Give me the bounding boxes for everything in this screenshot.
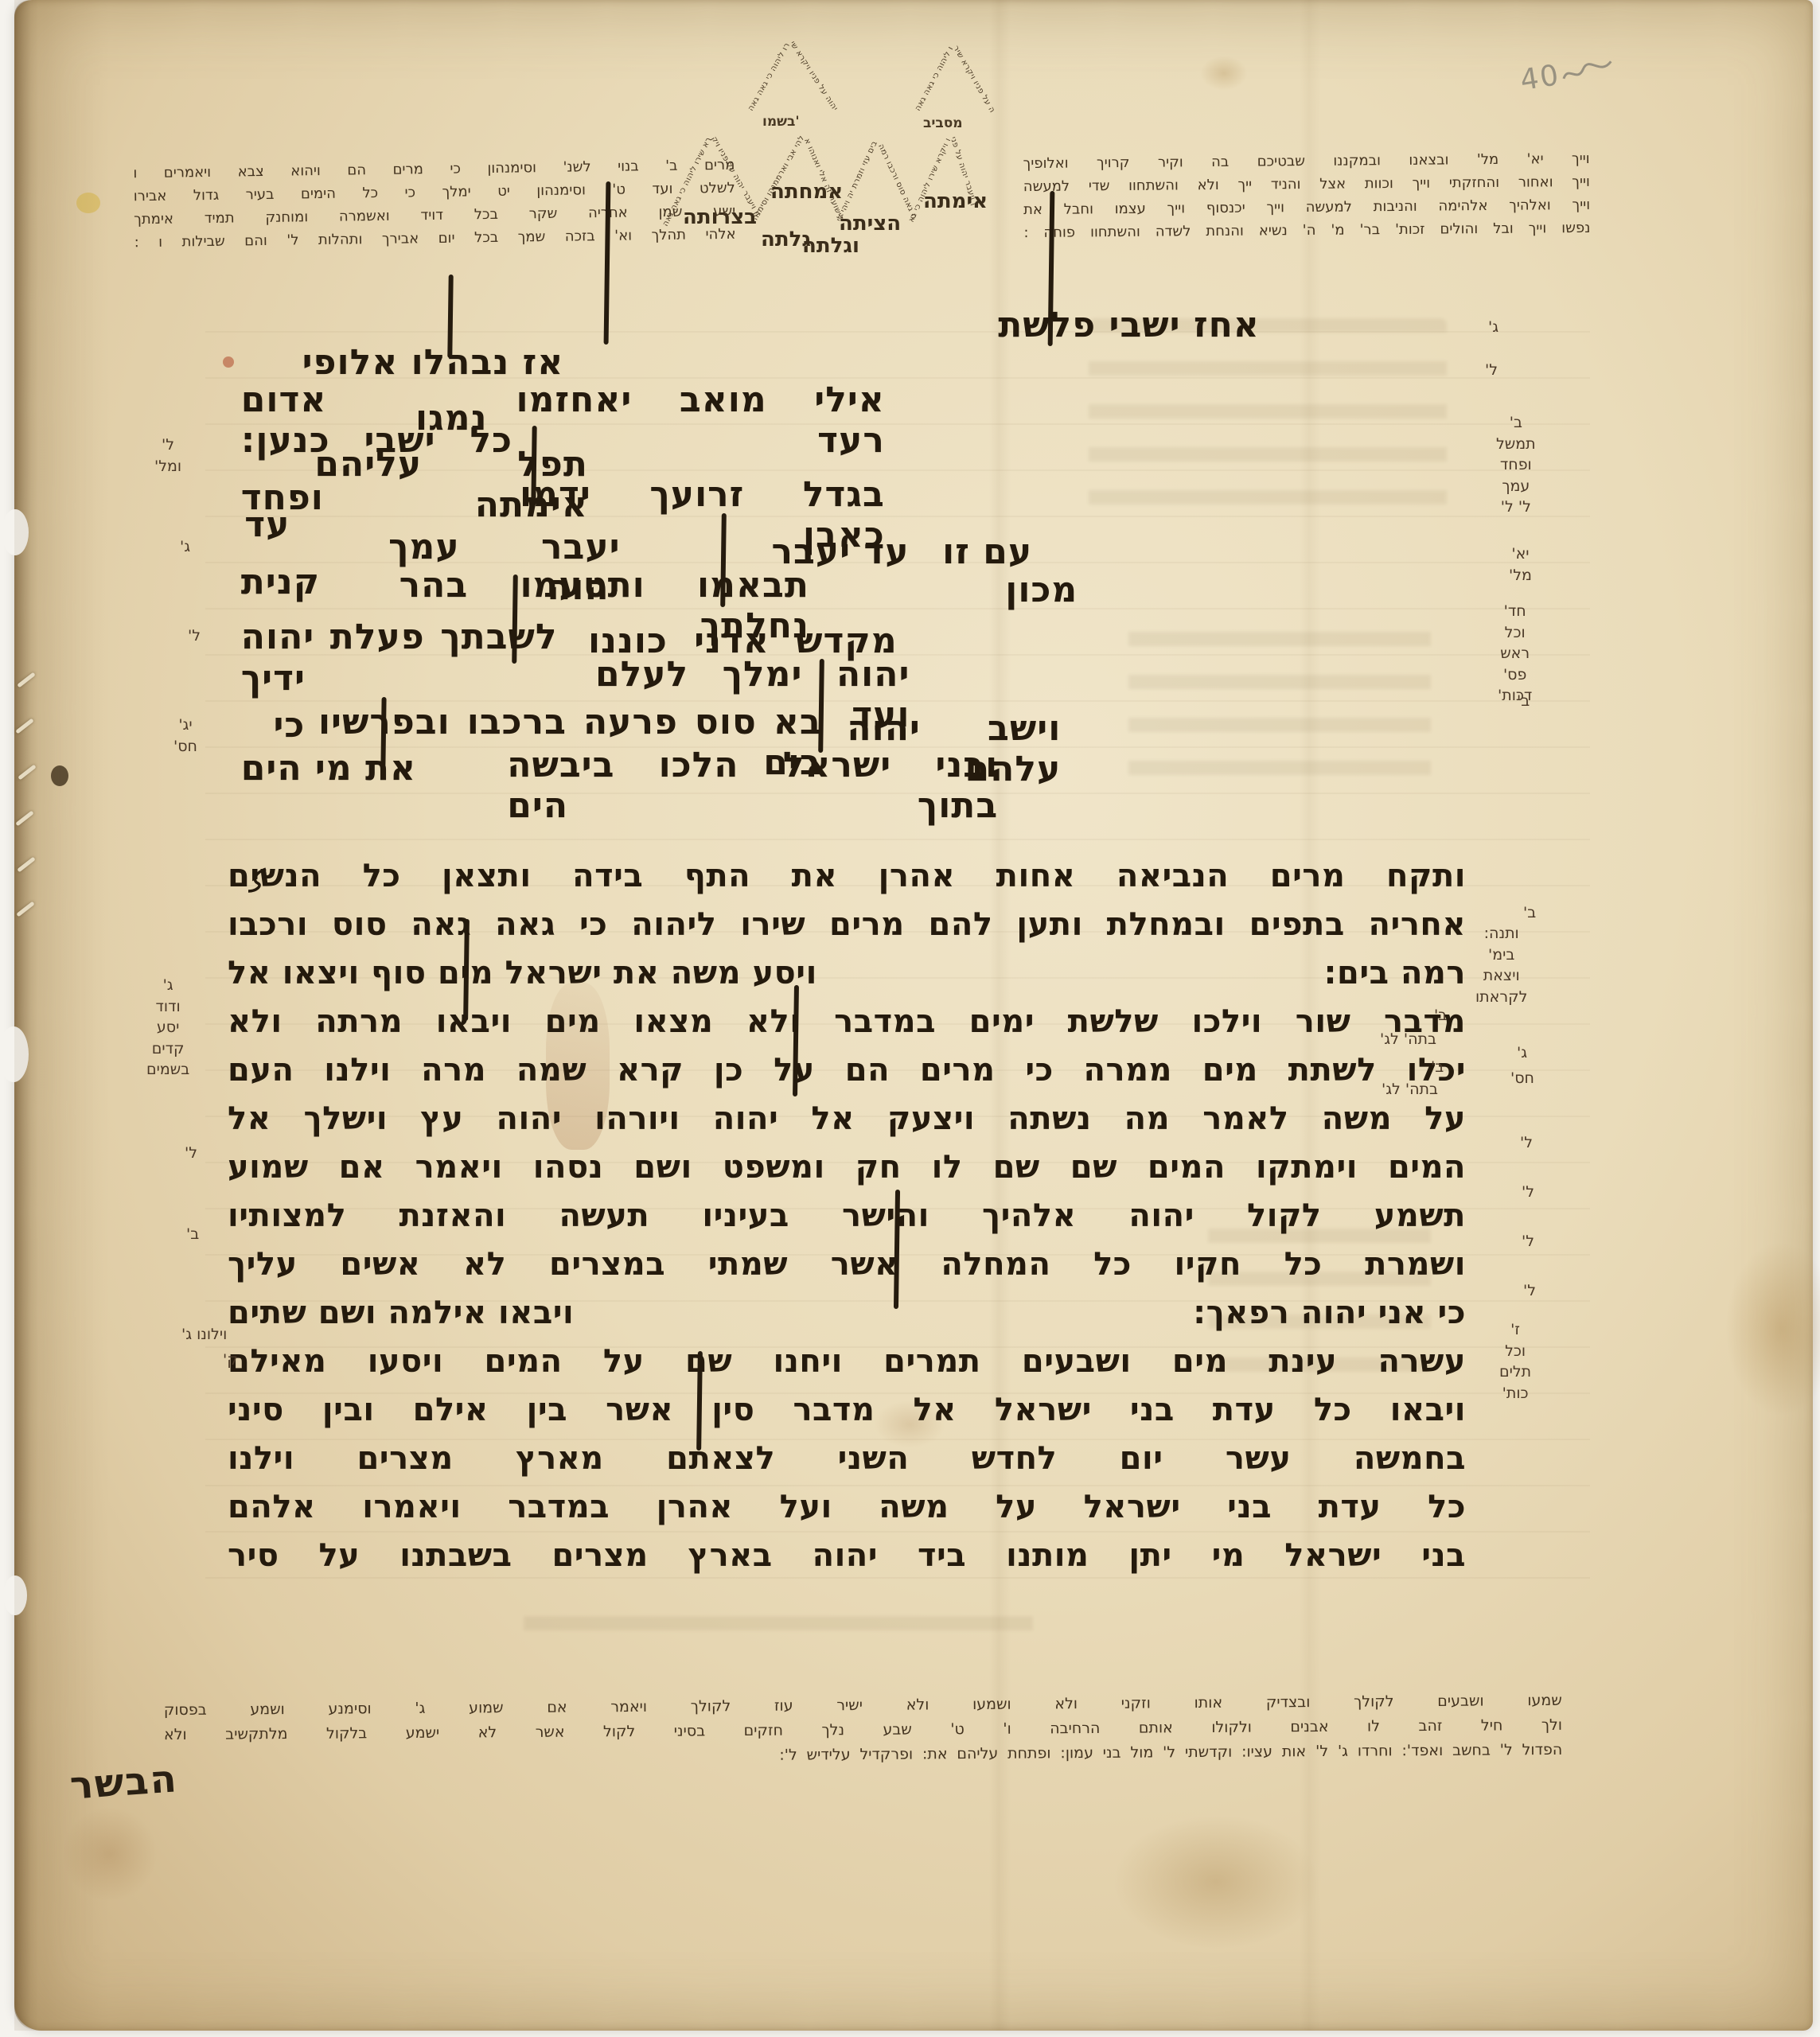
poem-segment: עד <box>244 504 290 545</box>
masorah-parva-note: ל' <box>1523 1280 1536 1302</box>
ink-stain <box>76 193 100 213</box>
masorah-parva-note: ל' <box>1520 1132 1533 1154</box>
masorah-magna-bottom: שמעו ושבעים לקולך ובצדיק אותו וזקני ולא … <box>164 1688 1563 1772</box>
masorah-parva-note: ב' <box>186 1224 199 1245</box>
masorah-parva-note: וילונו ג' <box>181 1324 227 1346</box>
masorah-word: אימתה <box>923 189 988 213</box>
masorah-parva-note: בתה' לג' <box>1382 1079 1438 1100</box>
masorah-parva-note: ג' <box>180 536 190 558</box>
poem-segment: אז נבהלו אלופי <box>302 342 564 383</box>
torn-left-edge <box>14 0 38 2031</box>
edge-notch <box>2 509 29 555</box>
poem-segment: לשבתך פעלת יהוה <box>241 617 558 657</box>
prose-line: על משה לאמר מה נשתה ויצעק אל יהוה ויורהו… <box>228 1100 1466 1143</box>
micrography-triangle-right: וסימנהון ויעבר יהוה על פניו ויקרא שירו ל… <box>635 22 996 115</box>
masorah-parva-note: ב' <box>1431 1057 1444 1078</box>
parchment-page: 40 וסימנהון ויעבר יהוה על פניו ויקרא שיר… <box>14 0 1813 2031</box>
bottom-stain <box>1113 1814 1319 1949</box>
masorah-parva-note: ותנה: בימ' ויצאת לקראתו <box>1475 923 1527 1007</box>
corner-stain <box>62 1806 158 1902</box>
masorah-parva-note: יג' חס' <box>173 715 197 757</box>
masorah-parva-note: ב' תמשל ופחד עמך ל' ל' <box>1496 412 1536 518</box>
prose-line: אחריה בתפים ובמחלת ותען להם מרים שירו לי… <box>228 906 1466 949</box>
prose-line: בחמשה עשר יום לחדש השני לצאתם מארץ מצרים… <box>228 1440 1466 1483</box>
masorah-parva-note: ל' <box>188 625 201 647</box>
scribal-flourish <box>240 864 272 896</box>
masorah-parva-note: ל' <box>1522 1231 1534 1252</box>
red-spot <box>223 356 234 368</box>
prose-line-parashah-break: רמה בים: ויסע משה את ישראל מים סוף ויצאו… <box>228 955 1466 998</box>
micrography-triangle-left: וסימנהון ויעבר יהוה על פניו ויקרא שירו ל… <box>635 22 840 113</box>
prose-line: ושמרת כל חקיו כל המחלה אשר שמתי במצרים ל… <box>228 1246 1466 1289</box>
masorah-magna-top-left: מרים ב' בנוי לשנ' וסימנהון כי מרים הם וי… <box>133 154 736 255</box>
poem-segment: קנית <box>241 562 320 602</box>
poem-segment: נמגו <box>415 398 488 438</box>
masorah-word: אמחתה <box>770 180 843 204</box>
micrography-label-left: בשמו' <box>762 114 800 130</box>
poem-segment: מכון <box>1005 570 1078 610</box>
prose-line-parashah-break: כי אני יהוה רפאך: ויבאו אילמה ושם שתים <box>228 1295 1466 1338</box>
masorah-word: הציתה <box>839 212 901 236</box>
masorah-parva-note: ב' <box>1517 691 1530 712</box>
masorah-parva-note: יא' מל' <box>1509 543 1532 586</box>
masorah-line: הפדול ל' בחשב ואפד': וחרדו ג' ל' אות עצי… <box>779 1737 1562 1767</box>
prose-line: בני ישראל מי יתן מותנו ביד יהוה בארץ מצר… <box>228 1537 1466 1580</box>
masorah-parva-note: ק' <box>223 1350 238 1371</box>
bleedthrough-text <box>524 1595 1033 1659</box>
bleedthrough-text <box>1128 613 1431 804</box>
masorah-parva-note: ל' <box>1522 1182 1534 1203</box>
foxing-spot <box>1200 56 1248 91</box>
prose-line-right: כי אני יהוה רפאך: <box>1193 1295 1466 1338</box>
pencil-folio-number: 40 <box>1518 50 1618 97</box>
edge-notch <box>3 1575 27 1615</box>
masorah-parva-note: ל' <box>1485 360 1498 381</box>
catchword: הבשר <box>68 1756 179 1808</box>
micrography-label-right: מסביב <box>923 115 963 131</box>
poem-segment: את מי הים <box>241 748 416 789</box>
prose-line: תשמע לקול יהוה אלהיך והישר בעיניו תעשה ו… <box>228 1198 1466 1241</box>
prose-line: המים וימתקו המים שם שם לו חק ומשפט ושם נ… <box>228 1149 1466 1192</box>
masorah-line: נפשו וייך ובל והולים זכות' בר' מ' ה' נשי… <box>1023 216 1590 244</box>
masorah-parva-note: ל' <box>185 1143 197 1164</box>
prose-line: ותקח מרים הנביאה אחות אהרן את התף בידה ו… <box>228 858 1466 901</box>
masorah-parva-note: ז' וכל תלים כות' <box>1499 1319 1531 1404</box>
masorah-parva-note: ג' <box>1517 1042 1527 1064</box>
masorah-parva-note: ל' ומל' <box>154 434 181 477</box>
masorah-parva-note: ב' <box>1523 902 1536 924</box>
masorah-parva-note: ג' ודוד יסע קדים בשמים <box>146 975 189 1081</box>
poem-segment: עם זו <box>942 532 1032 572</box>
poem-segment: כי <box>273 705 305 746</box>
masorah-parva-note: ג' <box>1488 317 1498 338</box>
prose-line: יכלו לשתת מים ממרה כי מרים הם על כן קרא … <box>228 1052 1466 1095</box>
masorah-parva-note: ב' <box>1434 1005 1447 1026</box>
prose-line: ויבאו כל עדת בני ישראל אל מדבר סין אשר ב… <box>228 1392 1466 1435</box>
masorah-word: וגלתה <box>802 234 859 258</box>
prose-line: מדבר שור וילכו שלשת ימים במדבר ולא מצאו … <box>228 1003 1466 1046</box>
folio-number-text: 40 <box>1518 59 1563 97</box>
masorah-magna-top-right: וייך יא' מל' ובצאנו ובמקננו שבטיכם בה וק… <box>1023 147 1591 245</box>
edge-stain <box>1725 1241 1820 1416</box>
dark-spot <box>51 765 68 786</box>
pencil-flourish <box>1557 53 1616 89</box>
masorah-parva-note: בתה' לג' <box>1380 1029 1436 1050</box>
prose-line-left: ויסע משה את ישראל מים סוף ויצאו אל <box>228 955 817 998</box>
poem-segment: אחז ישבי פלשת <box>998 305 1260 345</box>
prose-line: עשרה עינת מים ושבעים תמרים ויחנו שם על ה… <box>228 1343 1466 1386</box>
prose-line-left: ויבאו אילמה ושם שתים <box>228 1295 574 1338</box>
masorah-parva-note: חס' <box>1510 1068 1534 1089</box>
prose-line-right: רמה בים: <box>1324 955 1466 998</box>
bleedthrough-text <box>1089 318 1447 533</box>
prose-line: כל עדת בני ישראל על משה ועל אהרן במדבר ו… <box>228 1489 1466 1532</box>
poem-segment: אדום <box>241 380 327 420</box>
manuscript-scan: 40 וסימנהון ויעבר יהוה על פניו ויקרא שיר… <box>0 0 1820 2037</box>
poem-segment: ובני ישראל הלכו ביבשה בתוך הים <box>507 745 998 826</box>
poem-segment: ידיך <box>241 658 306 699</box>
